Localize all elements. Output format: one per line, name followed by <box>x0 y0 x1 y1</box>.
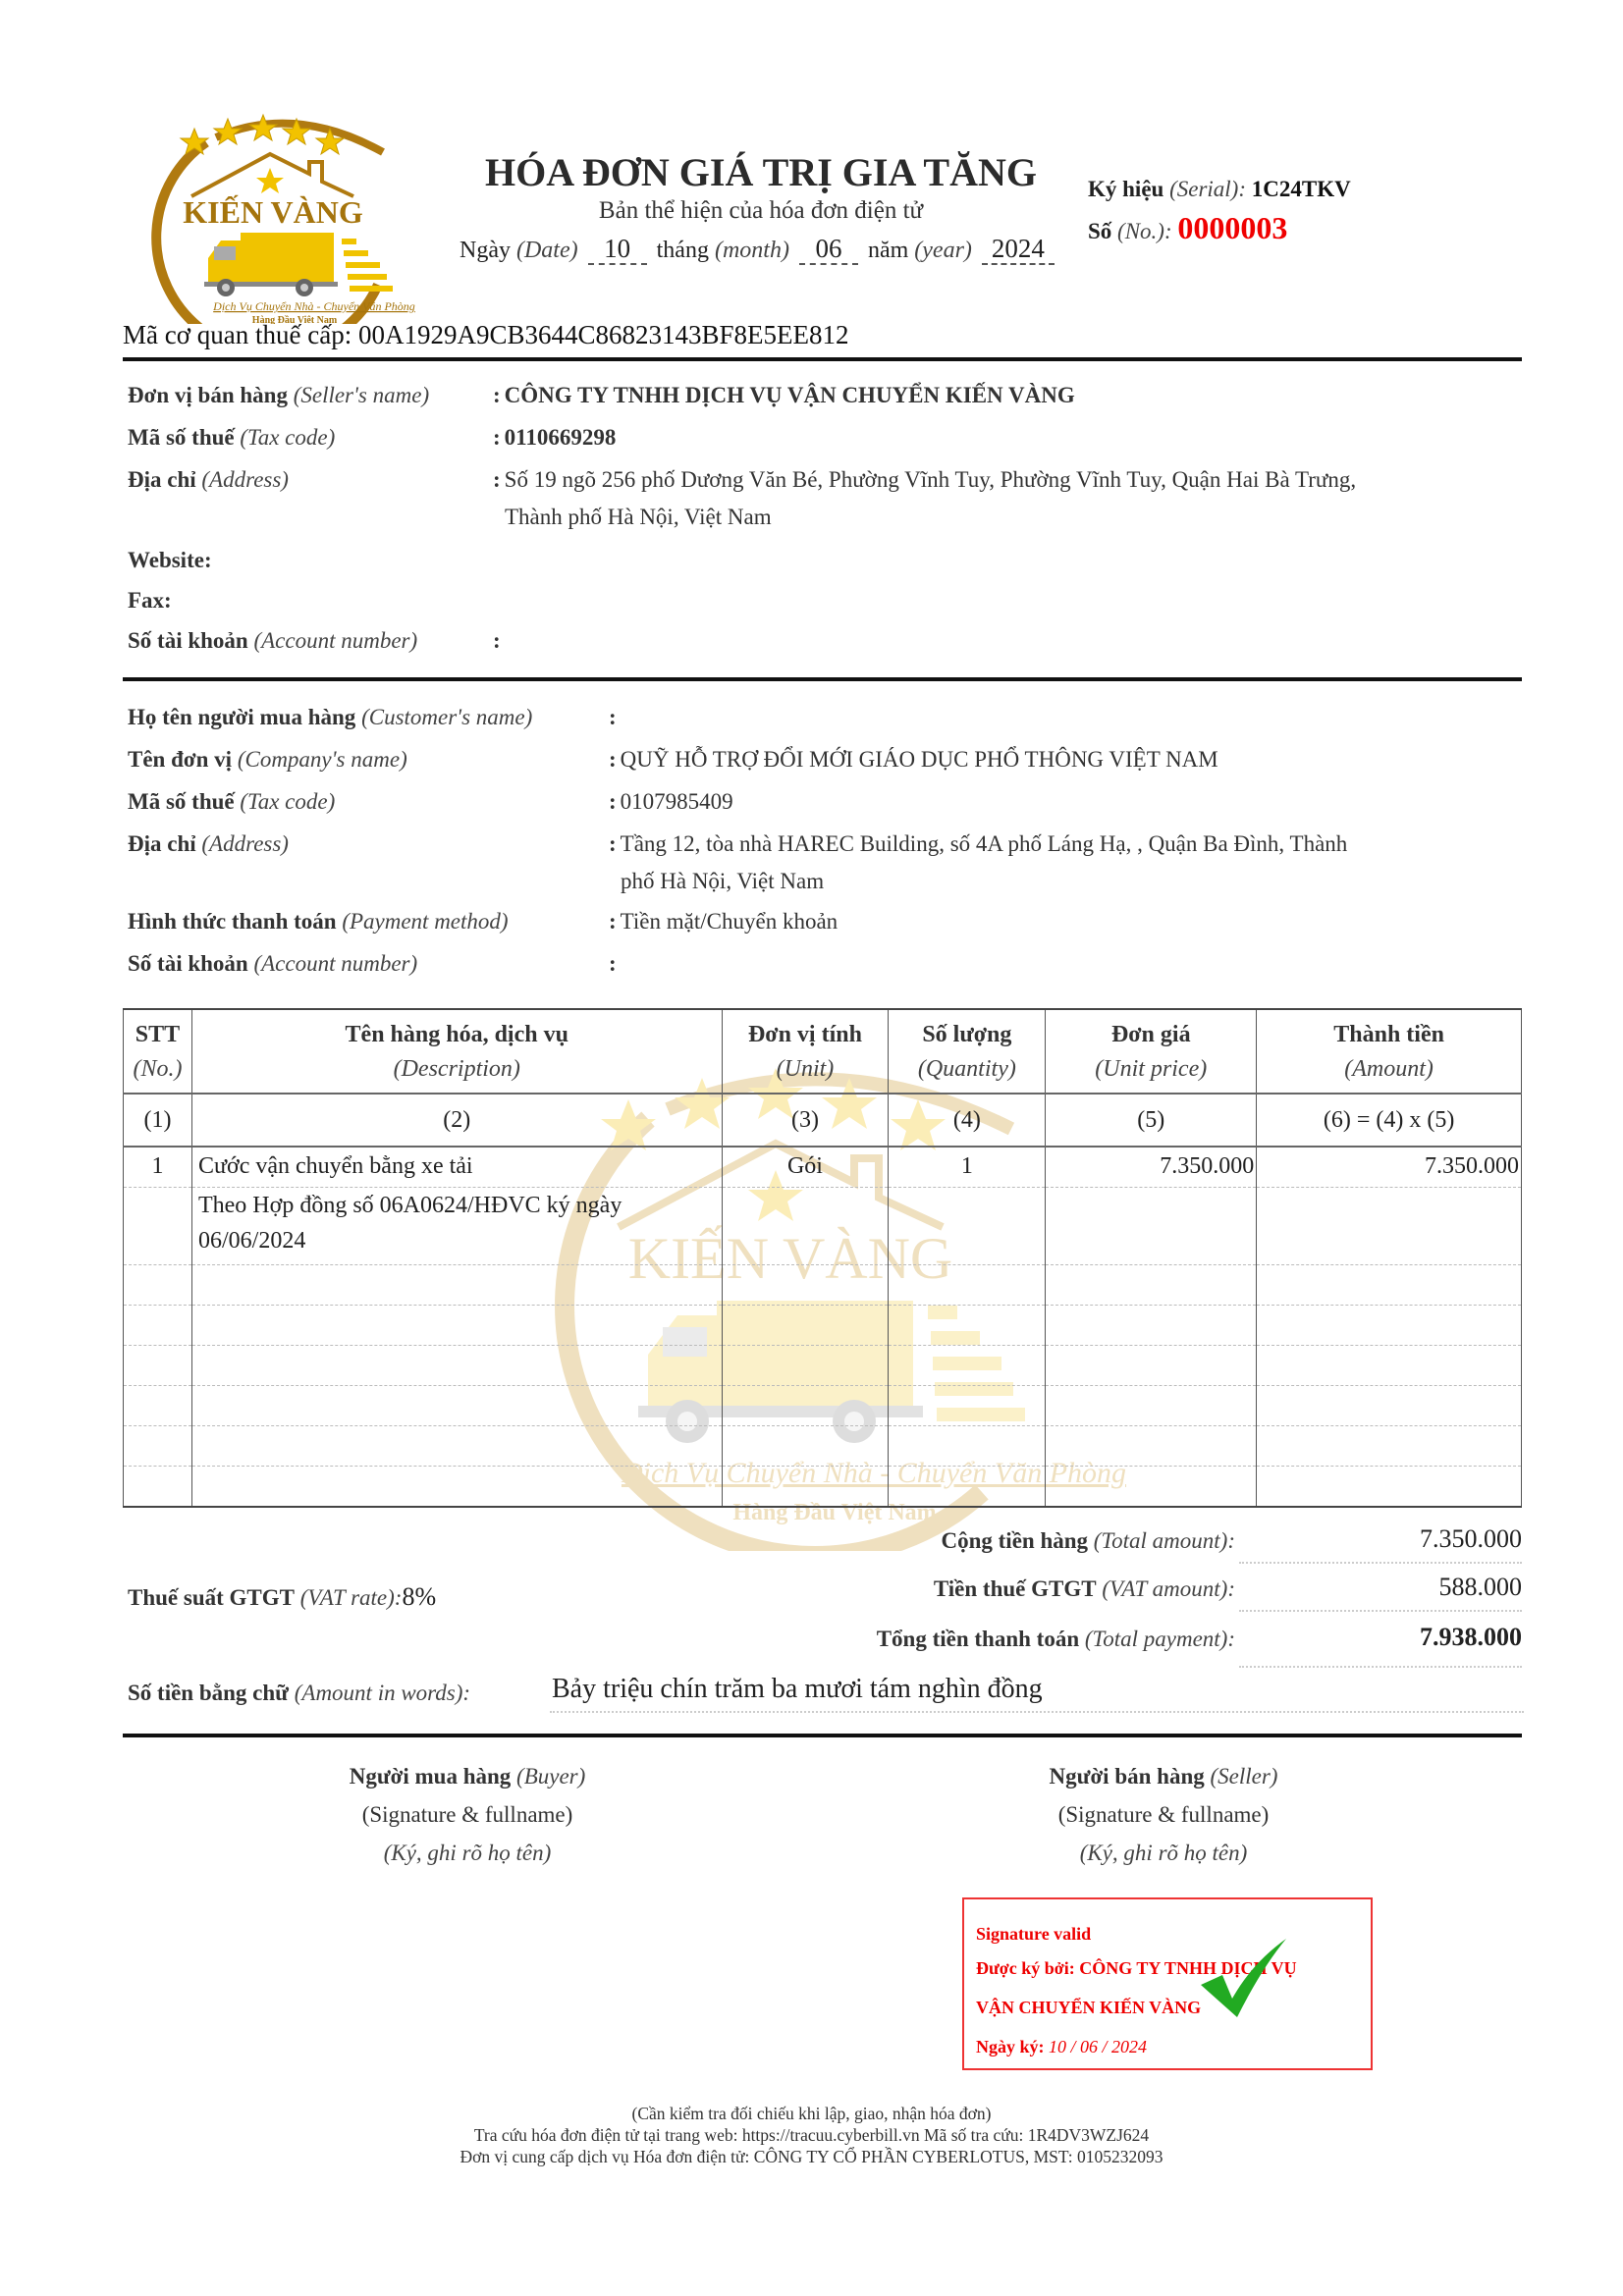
amount-in-words-label: Số tiền bằng chữ (Amount in words): <box>128 1681 470 1706</box>
signed-date: 10 / 06 / 2024 <box>1049 2037 1147 2056</box>
column-header: Đơn giá(Unit price) <box>1046 1009 1257 1094</box>
cell-no <box>124 1188 192 1265</box>
column-header: Số lượng(Quantity) <box>889 1009 1046 1094</box>
cell-quantity: 1 <box>889 1147 1046 1188</box>
svg-text:Dịch Vụ Chuyển Nhà - Chuyển Vă: Dịch Vụ Chuyển Nhà - Chuyển Văn Phòng <box>212 299 415 313</box>
cell-no <box>124 1386 192 1426</box>
seller-name-label: Đơn vị bán hàng (Seller's name) <box>128 383 429 408</box>
cell-unit <box>722 1467 889 1508</box>
cell-description: Theo Hợp đồng số 06A0624/HĐVC ký ngày 06… <box>191 1188 722 1265</box>
seller-account-label: Số tài khoản (Account number) <box>128 628 417 654</box>
buyer-tax-code: :0107985409 <box>609 789 733 815</box>
buyer-account-colon: : <box>609 951 617 977</box>
table-row <box>124 1426 1522 1467</box>
cell-unit <box>722 1426 889 1467</box>
subtotal-value: 7.350.000 <box>1239 1524 1522 1564</box>
table-row <box>124 1265 1522 1306</box>
cell-unit <box>722 1188 889 1265</box>
amount-in-words: Bảy triệu chín trăm ba mươi tám nghìn đồ… <box>550 1674 1524 1713</box>
cell-unit-price <box>1046 1346 1257 1386</box>
customer-name: : <box>609 705 621 730</box>
column-index: (5) <box>1046 1094 1257 1147</box>
table-row: 1Cước vận chuyển bằng xe tảiGói17.350.00… <box>124 1147 1522 1188</box>
cell-unit-price <box>1046 1188 1257 1265</box>
cell-quantity <box>889 1188 1046 1265</box>
divider <box>123 677 1522 681</box>
divider <box>123 357 1522 361</box>
seller-address-line2: Thành phố Hà Nội, Việt Nam <box>505 505 772 530</box>
cell-unit-price <box>1046 1467 1257 1508</box>
cell-unit <box>722 1346 889 1386</box>
digital-signature-stamp[interactable]: Signature valid Được ký bởi: CÔNG TY TNH… <box>962 1897 1373 2070</box>
cell-quantity <box>889 1346 1046 1386</box>
signature-status: Signature valid <box>976 1919 1371 1949</box>
footer-note: (Cần kiểm tra đối chiếu khi lập, giao, n… <box>0 2103 1623 2124</box>
payment-method: :Tiền mặt/Chuyển khoản <box>609 909 838 934</box>
invoice-number-field: Số (No.): 0000003 <box>1088 210 1287 246</box>
serial-value: 1C24TKV <box>1252 177 1351 201</box>
invoice-subtitle: Bản thể hiện của hóa đơn điện tử <box>422 197 1100 225</box>
customer-name-label: Họ tên người mua hàng (Customer's name) <box>128 705 532 730</box>
table-header-row: STT(No.)Tên hàng hóa, dịch vụ(Descriptio… <box>124 1009 1522 1094</box>
invoice-title-block: HÓA ĐƠN GIÁ TRỊ GIA TĂNG Bản thể hiện củ… <box>422 149 1100 225</box>
seller-name: :CÔNG TY TNHH DỊCH VỤ VẬN CHUYỂN KIẾN VÀ… <box>493 383 1075 408</box>
divider <box>123 1734 1522 1737</box>
vat-rate-value: 8% <box>402 1582 436 1611</box>
column-index: (1) <box>124 1094 192 1147</box>
column-index: (6) = (4) x (5) <box>1257 1094 1522 1147</box>
buyer-signature-block: Người mua hàng (Buyer) (Signature & full… <box>271 1757 664 1872</box>
cell-unit-price <box>1046 1265 1257 1306</box>
buyer-account-label: Số tài khoản (Account number) <box>128 951 417 977</box>
seller-signature-block: Người bán hàng (Seller) (Signature & ful… <box>967 1757 1360 1872</box>
svg-text:KIẾN VÀNG: KIẾN VÀNG <box>183 194 363 230</box>
cell-quantity <box>889 1265 1046 1306</box>
cell-amount <box>1257 1265 1522 1306</box>
total-payment-label: Tổng tiền thanh toán (Total payment): <box>877 1627 1235 1652</box>
seller-tax-code: :0110669298 <box>493 425 616 451</box>
tax-authority-code: Mã cơ quan thuế cấp: 00A1929A9CB3644C868… <box>123 320 848 350</box>
seller-account-colon: : <box>493 628 501 654</box>
cell-quantity <box>889 1467 1046 1508</box>
cell-unit-price <box>1046 1426 1257 1467</box>
cell-no: 1 <box>124 1147 192 1188</box>
buyer-address-line2: phố Hà Nội, Việt Nam <box>621 869 824 894</box>
footer-lookup: Tra cứu hóa đơn điện tử tại trang web: h… <box>0 2124 1623 2146</box>
footer: (Cần kiểm tra đối chiếu khi lập, giao, n… <box>0 2103 1623 2167</box>
vat-amount-label: Tiền thuế GTGT (VAT amount): <box>934 1576 1235 1602</box>
buyer-tax-label: Mã số thuế (Tax code) <box>128 789 335 815</box>
column-index: (4) <box>889 1094 1046 1147</box>
cell-quantity <box>889 1386 1046 1426</box>
cell-amount <box>1257 1386 1522 1426</box>
column-index: (2) <box>191 1094 722 1147</box>
table-row: Theo Hợp đồng số 06A0624/HĐVC ký ngày 06… <box>124 1188 1522 1265</box>
cell-unit-price <box>1046 1306 1257 1346</box>
company-logo: KIẾN VÀNG Dịch Vụ Chuyển Nhà - Chuyển Vă… <box>147 113 432 324</box>
cell-unit <box>722 1386 889 1426</box>
cell-amount: 7.350.000 <box>1257 1147 1522 1188</box>
cell-description <box>191 1346 722 1386</box>
invoice-date: Ngày (Date) 10 tháng (month) 06 năm (yea… <box>460 234 1058 265</box>
cell-description <box>191 1426 722 1467</box>
subtotal-label: Cộng tiền hàng (Total amount): <box>942 1528 1236 1554</box>
table-row <box>124 1467 1522 1508</box>
cell-amount <box>1257 1306 1522 1346</box>
column-header: Thành tiền(Amount) <box>1257 1009 1522 1094</box>
cell-unit <box>722 1306 889 1346</box>
cell-no <box>124 1346 192 1386</box>
invoice-number: 0000003 <box>1177 210 1287 245</box>
cell-description <box>191 1265 722 1306</box>
payment-method-label: Hình thức thanh toán (Payment method) <box>128 909 509 934</box>
table-row <box>124 1306 1522 1346</box>
cell-amount <box>1257 1426 1522 1467</box>
cell-quantity <box>889 1306 1046 1346</box>
company-name: :QUỸ HỖ TRỢ ĐỔI MỚI GIÁO DỤC PHỔ THÔNG V… <box>609 747 1218 773</box>
column-header: Đơn vị tính(Unit) <box>722 1009 889 1094</box>
cell-description <box>191 1386 722 1426</box>
seller-website-label: Website: <box>128 548 212 573</box>
date-month: 06 <box>799 234 858 265</box>
date-year: 2024 <box>982 234 1055 265</box>
cell-unit-price <box>1046 1386 1257 1426</box>
cell-unit-price: 7.350.000 <box>1046 1147 1257 1188</box>
checkmark-icon <box>1193 1934 1291 2022</box>
seller-address-label: Địa chỉ (Address) <box>128 467 289 493</box>
buyer-address: :Tầng 12, tòa nhà HAREC Building, số 4A … <box>609 831 1347 857</box>
total-payment-value: 7.938.000 <box>1239 1623 1522 1668</box>
date-day: 10 <box>588 234 647 265</box>
cell-description <box>191 1306 722 1346</box>
buyer-address-label: Địa chỉ (Address) <box>128 831 289 857</box>
cell-no <box>124 1467 192 1508</box>
footer-provider: Đơn vị cung cấp dịch vụ Hóa đơn điện tử:… <box>0 2146 1623 2167</box>
cell-no <box>124 1265 192 1306</box>
table-index-row: (1)(2)(3)(4)(5)(6) = (4) x (5) <box>124 1094 1522 1147</box>
vat-amount-value: 588.000 <box>1239 1573 1522 1612</box>
vat-rate: Thuế suất GTGT (VAT rate):8% <box>128 1582 436 1612</box>
cell-description <box>191 1467 722 1508</box>
table-row <box>124 1346 1522 1386</box>
serial-field: Ký hiệu (Serial): 1C24TKV <box>1088 177 1351 202</box>
table-row <box>124 1386 1522 1426</box>
cell-no <box>124 1306 192 1346</box>
cell-unit <box>722 1265 889 1306</box>
column-header: STT(No.) <box>124 1009 192 1094</box>
cell-unit: Gói <box>722 1147 889 1188</box>
invoice-title: HÓA ĐƠN GIÁ TRỊ GIA TĂNG <box>422 149 1100 195</box>
cell-quantity <box>889 1426 1046 1467</box>
company-name-label: Tên đơn vị (Company's name) <box>128 747 407 773</box>
seller-address: :Số 19 ngõ 256 phố Dương Văn Bé, Phường … <box>493 467 1356 493</box>
cell-description: Cước vận chuyển bằng xe tải <box>191 1147 722 1188</box>
cell-amount <box>1257 1467 1522 1508</box>
column-header: Tên hàng hóa, dịch vụ(Description) <box>191 1009 722 1094</box>
seller-fax-label: Fax: <box>128 588 172 614</box>
cell-amount <box>1257 1346 1522 1386</box>
column-index: (3) <box>722 1094 889 1147</box>
items-table: STT(No.)Tên hàng hóa, dịch vụ(Descriptio… <box>123 1008 1522 1508</box>
seller-tax-label: Mã số thuế (Tax code) <box>128 425 335 451</box>
cell-no <box>124 1426 192 1467</box>
cell-amount <box>1257 1188 1522 1265</box>
